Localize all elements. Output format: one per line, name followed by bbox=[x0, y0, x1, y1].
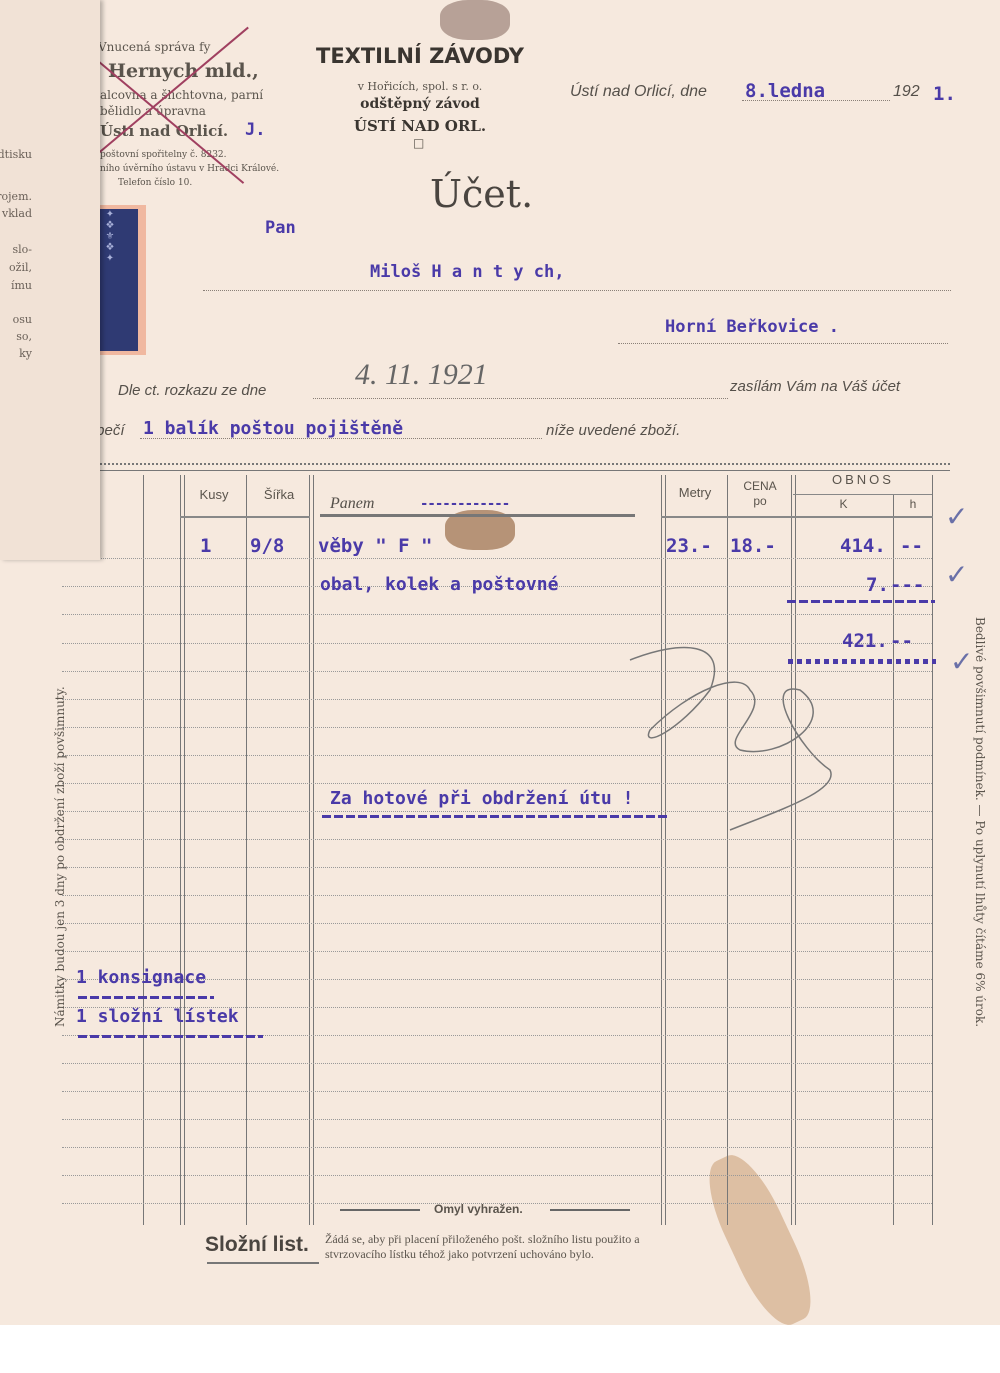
omyl-left-rule bbox=[340, 1209, 420, 1211]
row-line bbox=[62, 1119, 932, 1120]
header-metry: Metry bbox=[665, 485, 725, 500]
row-line bbox=[62, 951, 932, 952]
company-branch: odštěpný závod bbox=[330, 96, 510, 112]
row1-obnos-h: -- bbox=[900, 535, 923, 557]
order-label: Dle ct. rozkazu ze dne bbox=[118, 382, 266, 399]
flap-text: osu bbox=[13, 313, 32, 326]
row-line bbox=[62, 867, 932, 868]
sender-line-3: alcovna a šlichtovna, parní bbox=[100, 88, 263, 102]
row1-sirka: 9/8 bbox=[250, 535, 284, 557]
checkmark-icon: ✓ bbox=[945, 558, 968, 591]
recipient-salutation: Pan bbox=[265, 218, 296, 238]
header-obnos-h: h bbox=[895, 497, 931, 511]
row1-metry: 23.- bbox=[666, 535, 712, 557]
handwritten-order-date: 4. 11. 1921 bbox=[355, 358, 488, 392]
header-obnos: OBNOS bbox=[795, 472, 931, 487]
header-divider bbox=[661, 516, 933, 518]
left-vertical-note: Námitky budou jen 3 dny po obdržení zbož… bbox=[53, 667, 67, 1027]
recipient-name-line bbox=[203, 290, 951, 291]
stain bbox=[440, 0, 510, 40]
grid-line bbox=[309, 475, 314, 1225]
grid-line bbox=[661, 475, 666, 1225]
header-cena-po: po bbox=[730, 494, 790, 508]
company-name: TEXTILNÍ ZÁVODY bbox=[300, 44, 540, 68]
square-mark-icon: □ bbox=[413, 136, 424, 150]
slozni-list-title: Složní list. bbox=[205, 1233, 309, 1257]
flap-text: ky bbox=[19, 347, 32, 360]
shipping-dotted-line bbox=[140, 438, 542, 439]
row-line bbox=[62, 614, 932, 615]
omyl-right-rule bbox=[550, 1209, 630, 1211]
row-line bbox=[62, 558, 932, 559]
order-suffix: zasílám Vám na Váš účet bbox=[730, 378, 900, 395]
row2-obnos-h: --- bbox=[890, 574, 924, 596]
footer-text-line-1: Žádá se, aby při placení přiloženého poš… bbox=[325, 1232, 640, 1247]
flap-text: ímu bbox=[11, 279, 32, 292]
header-panem: Panem bbox=[330, 495, 374, 513]
obnos-divider bbox=[793, 494, 932, 495]
panem-typed-dashes: ------------ bbox=[420, 496, 509, 512]
table-top-border bbox=[68, 463, 950, 471]
row2-obnos-k: 7. bbox=[866, 574, 889, 596]
header-sirka: Šířka bbox=[250, 487, 308, 502]
date-year-suffix: 1. bbox=[933, 83, 956, 105]
date-day-month: 8.ledna bbox=[745, 80, 825, 102]
scan-margin bbox=[0, 1325, 1000, 1373]
date-label: Ústí nad Orlicí, dne bbox=[570, 83, 707, 101]
flap-text: ožil, bbox=[9, 261, 32, 274]
total-obnos-h: -- bbox=[890, 630, 913, 652]
shipping-suffix: níže uvedené zboží. bbox=[546, 422, 680, 439]
typed-mark: J. bbox=[245, 120, 265, 140]
shipping-method: 1 balík poštou pojištěně bbox=[143, 418, 403, 439]
enclosure-1-underline bbox=[78, 996, 214, 999]
sender-line-1: Vnucená správa fy bbox=[98, 40, 210, 54]
flap-text: so, bbox=[16, 330, 32, 343]
grid-line bbox=[246, 475, 247, 1225]
grid-line bbox=[791, 475, 796, 1225]
right-vertical-note: Bedlivé povšimnutí podmínek. — Po uplynu… bbox=[973, 617, 987, 1057]
row-line bbox=[62, 1147, 932, 1148]
sender-company: Hernych mld., bbox=[108, 60, 259, 82]
flap-text: edtisku bbox=[0, 148, 32, 161]
grid-line bbox=[180, 475, 185, 1225]
flap-text: vklad bbox=[2, 207, 32, 220]
flap-text: slo- bbox=[12, 243, 32, 256]
row-line bbox=[62, 1091, 932, 1092]
document-title: Účet. bbox=[430, 172, 533, 216]
row2-description: obal, kolek a poštovné bbox=[320, 574, 558, 595]
handwritten-signature bbox=[600, 630, 860, 840]
enclosure-1: 1 konsignace bbox=[76, 967, 206, 988]
header-cena: CENA bbox=[730, 479, 790, 493]
flap-text: rojem. bbox=[0, 190, 32, 203]
omyl-note: Omyl vyhražen. bbox=[434, 1202, 523, 1216]
checkmark-icon: ✓ bbox=[950, 645, 973, 678]
footer-text-line-2: stvrzovacího lístku téhož jako potvrzení… bbox=[325, 1247, 594, 1262]
header-obnos-k: K bbox=[795, 497, 892, 511]
order-dotted-line bbox=[313, 398, 728, 399]
payment-note: Za hotové při obdržení útu ! bbox=[330, 788, 633, 809]
recipient-name: Miloš H a n t y ch, bbox=[370, 262, 564, 282]
grid-line bbox=[932, 475, 933, 1225]
row-line bbox=[62, 923, 932, 924]
row-line bbox=[62, 895, 932, 896]
grid-line bbox=[893, 495, 894, 1225]
folded-flap: edtisku rojem. vklad slo- ožil, ímu osu … bbox=[0, 0, 100, 560]
subtotal-underline bbox=[787, 600, 935, 603]
row1-kusy: 1 bbox=[200, 535, 211, 557]
grid-line bbox=[143, 475, 144, 1225]
header-divider bbox=[180, 516, 310, 518]
recipient-place: Horní Beřkovice . bbox=[665, 317, 839, 337]
company-branch-city: ÚSTÍ NAD ORL. bbox=[310, 117, 530, 135]
row-line bbox=[62, 1175, 932, 1176]
date-year-prefix: 192 bbox=[893, 83, 920, 101]
recipient-place-line bbox=[618, 343, 948, 344]
row-line bbox=[62, 1063, 932, 1064]
slozni-list-underline bbox=[207, 1262, 319, 1264]
company-location: v Hořicích, spol. s r. o. bbox=[330, 80, 510, 93]
header-kusy: Kusy bbox=[184, 487, 244, 502]
row1-cena: 18.- bbox=[730, 535, 776, 557]
sender-line-8: Telefon číslo 10. bbox=[118, 178, 192, 188]
grid-line bbox=[727, 475, 728, 1225]
row1-description: věby " F " bbox=[318, 535, 432, 557]
sender-line-7: ního úvěrního ústavu v Hradci Králové. bbox=[100, 164, 279, 174]
row1-obnos-k: 414. bbox=[840, 535, 886, 557]
sender-city: Ústí nad Orlicí. bbox=[100, 122, 228, 140]
enclosure-2: 1 složní lístek bbox=[76, 1006, 239, 1027]
invoice-paper: ✦❖⚜❖✦ Vnucená správa fy Hernych mld., al… bbox=[0, 0, 1000, 1325]
enclosure-2-underline bbox=[78, 1035, 263, 1038]
checkmark-icon: ✓ bbox=[945, 500, 968, 533]
panem-underline bbox=[320, 514, 635, 517]
